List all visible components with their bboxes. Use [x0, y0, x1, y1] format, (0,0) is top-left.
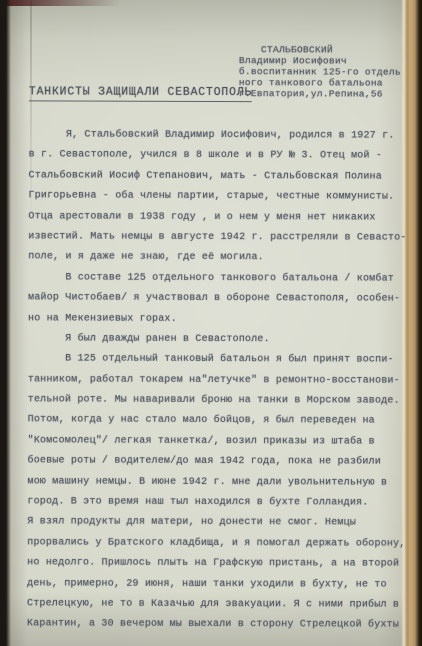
- text-line: майор Чистобаев/ я участвовал в обороне …: [28, 288, 410, 310]
- text-line: В 125 отдельный танковый батальон я был …: [28, 350, 410, 372]
- document-title: ТАНКИСТЫ ЗАЩИЩАЛИ СЕВАСТОПОЛЬ: [29, 85, 252, 102]
- text-line: Я взял продукты для матери, но донести н…: [27, 513, 409, 535]
- text-line: "Комсомолец"/ легкая танкетка/, возил пр…: [28, 431, 410, 453]
- body-text: Я, Стальбовский Владимир Иосифович, роди…: [27, 125, 411, 636]
- header-line: б.воспитанник 125-го отдель: [239, 66, 417, 78]
- text-line: Стальбовский Иосиф Степанович, мать - Ст…: [28, 166, 410, 188]
- text-line: Я был дважды ранен в Севастополе.: [28, 329, 410, 351]
- text-line: боевые роты / водителем/до мая 1942 года…: [27, 452, 409, 474]
- text-line: день, примерно, 29 июня, наши танки уход…: [27, 574, 409, 596]
- text-line: тельной роте. Мы наваривали броню на тан…: [28, 390, 410, 412]
- text-line: Потом, когда у нас стало мало бойцов, я …: [28, 411, 410, 433]
- text-line: но на Мекензиевых горах.: [28, 309, 410, 331]
- text-line: мою машину немцы. В июне 1942 г. мне дал…: [27, 472, 409, 494]
- header-line: г.Евпатория,ул.Репина,56: [239, 88, 417, 100]
- header-line: Владимир Иосифович: [239, 55, 417, 67]
- text-line: Я, Стальбовский Владимир Иосифович, роди…: [29, 125, 411, 147]
- header-line: ного танкового батальона: [239, 77, 417, 89]
- text-line: Григорьевна - оба члены партии, старые, …: [28, 187, 410, 209]
- header-line: СТАЛЬБОВСКИЙ: [239, 44, 417, 56]
- text-line: известий. Мать немцы в августе 1942 г. р…: [28, 227, 410, 249]
- text-line: город. В это время наш тыл находился в б…: [27, 492, 409, 514]
- typewritten-content: СТАЛЬБОВСКИЙВладимир Иосифовичб.воспитан…: [0, 0, 422, 646]
- author-header-block: СТАЛЬБОВСКИЙВладимир Иосифовичб.воспитан…: [239, 11, 417, 100]
- text-line: В составе 125 отдельного танкового батал…: [28, 268, 410, 290]
- text-line: танником, работал токарем на"летучке" в …: [28, 370, 410, 392]
- document-photo: СТАЛЬБОВСКИЙВладимир Иосифовичб.воспитан…: [0, 0, 422, 646]
- text-line: Стрелецкую, не то в Казачью для эвакуаци…: [27, 594, 409, 616]
- text-line: Карантин, а 30 вечером мы выехали в стор…: [27, 615, 409, 637]
- text-line: прорвались у Братского кладбища, и я пом…: [27, 533, 409, 555]
- text-line: поле, и я даже не знаю, где её могила.: [28, 248, 410, 270]
- text-line: Отца арестовали в 1938 году , и о нем у …: [28, 207, 410, 229]
- text-line: в г. Севастополе, учился в 8 школе и в Р…: [29, 146, 411, 168]
- text-line: но недолго. Пришлось плыть на Графскую п…: [27, 554, 409, 576]
